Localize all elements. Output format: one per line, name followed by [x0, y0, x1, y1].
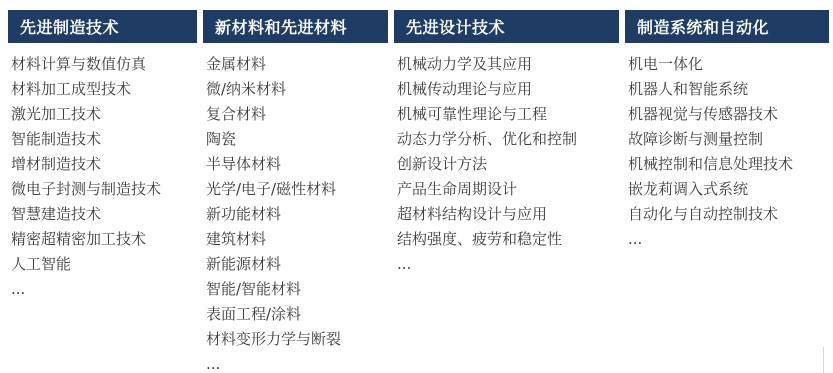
- topic-item: 新功能材料: [206, 202, 388, 227]
- topic-item: 机器视觉与传感器技术: [628, 102, 829, 127]
- topic-item: 建筑材料: [206, 227, 388, 252]
- topic-item: 激光加工技术: [11, 102, 197, 127]
- topic-item: 嵌龙莉调入式系统: [628, 177, 829, 202]
- column-header: 先进设计技术: [394, 10, 619, 43]
- topic-item: 表面工程/涂料: [206, 302, 388, 327]
- column-header-label: 新材料和先进材料: [215, 15, 347, 38]
- topic-item: 超材料结构设计与应用: [397, 202, 619, 227]
- topic-list: 机电一体化机器人和智能系统机器视觉与传感器技术故障诊断与测量控制机械控制和信息处…: [625, 52, 829, 252]
- topic-item: 增材制造技术: [11, 152, 197, 177]
- topic-item: 智能/智能材料: [206, 277, 388, 302]
- column-header: 新材料和先进材料: [203, 10, 388, 43]
- topic-column-3: 先进设计技术 机械动力学及其应用机械传动理论与应用机械可靠性理论与工程动态力学分…: [394, 10, 619, 277]
- topic-item: 机械动力学及其应用: [397, 52, 619, 77]
- topic-column-2: 新材料和先进材料 金属材料微/纳米材料复合材料陶瓷半导体材料光学/电子/磁性材料…: [203, 10, 388, 373]
- topic-item: 自动化与自动控制技术: [628, 202, 829, 227]
- topic-item: 产品生命周期设计: [397, 177, 619, 202]
- topic-item: 动态力学分析、优化和控制: [397, 127, 619, 152]
- topic-item: 故障诊断与测量控制: [628, 127, 829, 152]
- topics-table-page: 先进制造技术 材料计算与数值仿真材料加工成型技术激光加工技术智能制造技术增材制造…: [0, 0, 833, 373]
- topic-item: 材料加工成型技术: [11, 77, 197, 102]
- topic-item: 陶瓷: [206, 127, 388, 152]
- topic-item: 金属材料: [206, 52, 388, 77]
- topic-item: 机械传动理论与应用: [397, 77, 619, 102]
- topic-item: 机器人和智能系统: [628, 77, 829, 102]
- topic-column-1: 先进制造技术 材料计算与数值仿真材料加工成型技术激光加工技术智能制造技术增材制造…: [8, 10, 197, 302]
- topic-item-ellipsis: ...: [628, 227, 829, 252]
- topic-item: 新能源材料: [206, 252, 388, 277]
- column-header-label: 制造系统和自动化: [637, 15, 769, 38]
- topic-item: 材料变形力学与断裂: [206, 327, 388, 352]
- topic-item: 微/纳米材料: [206, 77, 388, 102]
- topic-item: 智慧建造技术: [11, 202, 197, 227]
- topic-column-4: 制造系统和自动化 机电一体化机器人和智能系统机器视觉与传感器技术故障诊断与测量控…: [625, 10, 829, 252]
- topic-item-ellipsis: ...: [11, 277, 197, 302]
- topic-item: 精密超精密加工技术: [11, 227, 197, 252]
- column-header: 先进制造技术: [8, 10, 197, 43]
- topic-list: 机械动力学及其应用机械传动理论与应用机械可靠性理论与工程动态力学分析、优化和控制…: [394, 52, 619, 277]
- topic-item-ellipsis: ...: [397, 252, 619, 277]
- column-header-label: 先进设计技术: [406, 15, 505, 38]
- topic-list: 金属材料微/纳米材料复合材料陶瓷半导体材料光学/电子/磁性材料新功能材料建筑材料…: [203, 52, 388, 373]
- topic-item: 人工智能: [11, 252, 197, 277]
- topic-item: 机械可靠性理论与工程: [397, 102, 619, 127]
- topic-item: 光学/电子/磁性材料: [206, 177, 388, 202]
- topic-item: 复合材料: [206, 102, 388, 127]
- topic-list: 材料计算与数值仿真材料加工成型技术激光加工技术智能制造技术增材制造技术微电子封测…: [8, 52, 197, 302]
- topic-item-ellipsis: ...: [206, 352, 388, 373]
- column-header: 制造系统和自动化: [625, 10, 829, 43]
- column-header-label: 先进制造技术: [20, 15, 119, 38]
- topic-item: 创新设计方法: [397, 152, 619, 177]
- topic-item: 机电一体化: [628, 52, 829, 77]
- topic-item: 机械控制和信息处理技术: [628, 152, 829, 177]
- topic-item: 微电子封测与制造技术: [11, 177, 197, 202]
- topics-table: 先进制造技术 材料计算与数值仿真材料加工成型技术激光加工技术智能制造技术增材制造…: [8, 10, 833, 373]
- topic-item: 结构强度、疲劳和稳定性: [397, 227, 619, 252]
- topic-item: 半导体材料: [206, 152, 388, 177]
- topic-item: 智能制造技术: [11, 127, 197, 152]
- topic-item: 材料计算与数值仿真: [11, 52, 197, 77]
- right-edge-scrollbar-fragment: [823, 347, 824, 373]
